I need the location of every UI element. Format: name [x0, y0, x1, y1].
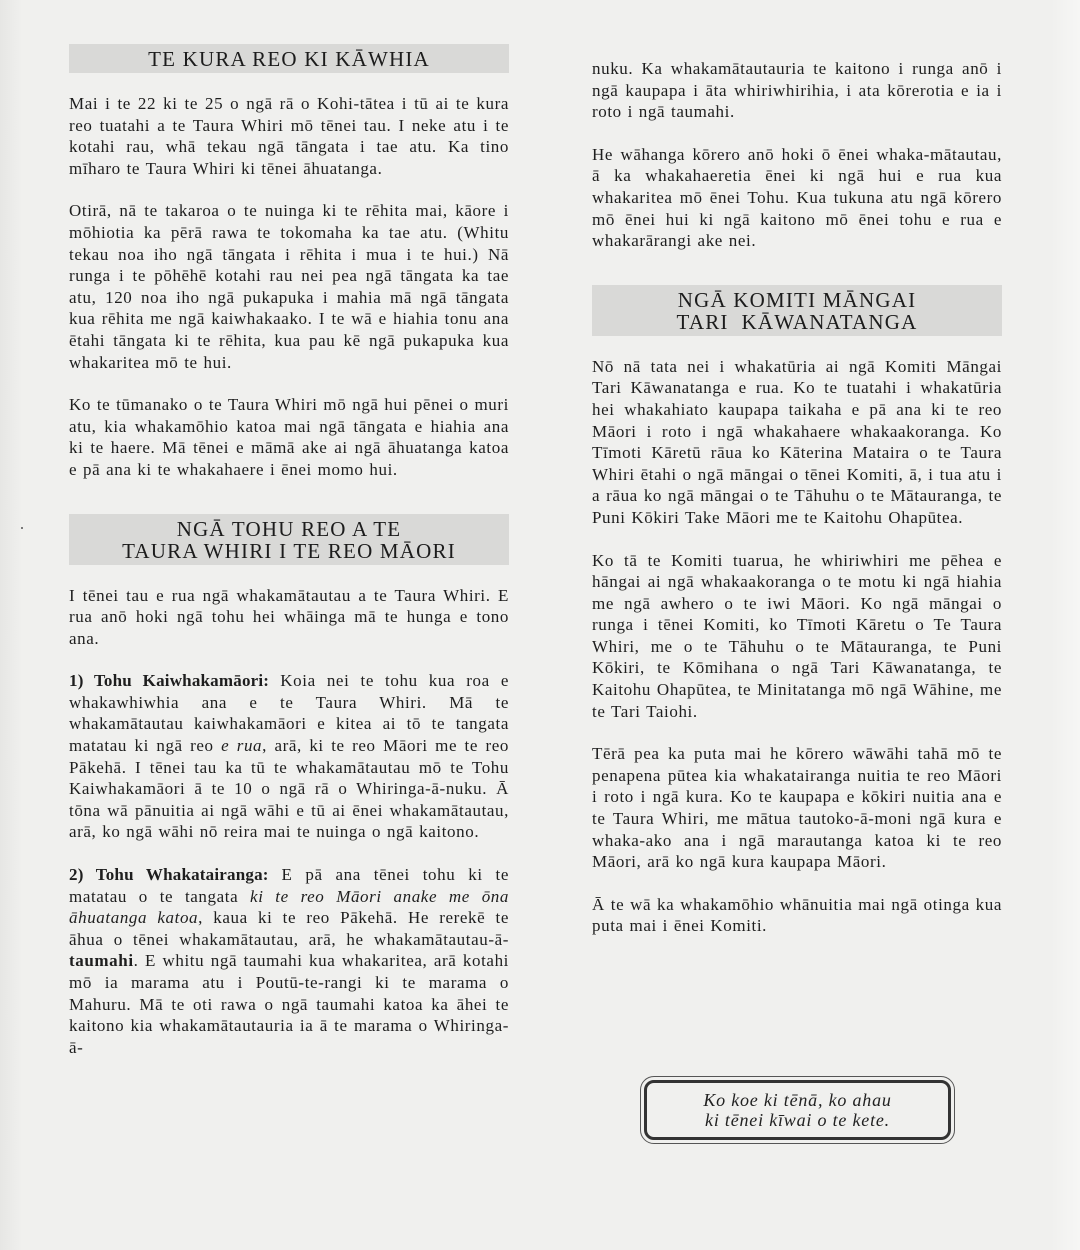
- paragraph-tohu-kaiwhakamaori: 1) Tohu Kaiwhakamāori: Koia nei te tohu …: [69, 670, 509, 843]
- right-column: nuku. Ka whakamātautauria te kaitono i r…: [592, 58, 1002, 937]
- heading-nga-tohu-reo: NGĀ TOHU REO A TE TAURA WHIRI I TE REO M…: [69, 514, 509, 565]
- paragraph-tohu-intro: I tēnei tau e rua ngā whakamātautau a te…: [69, 585, 509, 650]
- paragraph-registration: Otirā, nā te takaroa o te nuinga ki te r…: [69, 200, 509, 373]
- speck: [21, 527, 23, 529]
- paragraph-tohu-whakatairanga: 2) Tohu Whakatairanga: E pā ana tēnei to…: [69, 864, 509, 1058]
- heading-line-1: NGĀ KOMITI MĀNGAI: [598, 289, 996, 311]
- heading-line-2: TARI KĀWANATANGA: [598, 311, 996, 333]
- proverb-line-1: Ko koe ki tēnā, ko ahau: [703, 1090, 891, 1110]
- item-bold-term: taumahi: [69, 951, 134, 970]
- paragraph-continuation: nuku. Ka whakamātautauria te kaitono i r…: [592, 58, 1002, 123]
- proverb-inner-frame: Ko koe ki tēnā, ko ahau ki tēnei kīwai o…: [644, 1080, 951, 1140]
- item-label: 2) Tohu Whakatairanga:: [69, 865, 269, 884]
- heading-kura-reo-kawhia: TE KURA REO KI KĀWHIA: [69, 44, 509, 73]
- paragraph-outcomes: Ā te wā ka whakamōhio whānuitia mai ngā …: [592, 894, 1002, 937]
- paragraph-kura-reo-intro: Mai i te 22 ki te 25 o ngā rā o Kohi-tāt…: [69, 93, 509, 179]
- paragraph-hui-tohu: He wāhanga kōrero anō hoki ō ēnei whaka-…: [592, 144, 1002, 252]
- item-label: 1) Tohu Kaiwhakamāori:: [69, 671, 269, 690]
- paragraph-komiti-first: Nō nā tata nei i whakatūria ai ngā Komit…: [592, 356, 1002, 529]
- paragraph-komiti-second: Ko tā te Komiti tuarua, he whiriwhiri me…: [592, 550, 1002, 723]
- heading-text: TE KURA REO KI KĀWHIA: [75, 48, 503, 70]
- heading-line-1: NGĀ TOHU REO A TE: [75, 518, 503, 540]
- proverb-box: Ko koe ki tēnā, ko ahau ki tēnei kīwai o…: [640, 1076, 955, 1144]
- paragraph-funding: Tērā pea ka puta mai he kōrero wāwāhi ta…: [592, 743, 1002, 873]
- proverb-line-2: ki tēnei kīwai o te kete.: [705, 1110, 890, 1130]
- heading-komiti-mangai: NGĀ KOMITI MĀNGAI TARI KĀWANATANGA: [592, 285, 1002, 336]
- paragraph-future-hui: Ko te tūmanako o te Taura Whiri mō ngā h…: [69, 394, 509, 480]
- left-column: TE KURA REO KI KĀWHIA Mai i te 22 ki te …: [69, 44, 509, 1058]
- item-emphasis: e rua: [221, 736, 262, 755]
- item-text: . E whitu ngā taumahi kua whakaritea, ar…: [69, 951, 509, 1056]
- heading-line-2: TAURA WHIRI I TE REO MĀORI: [75, 540, 503, 562]
